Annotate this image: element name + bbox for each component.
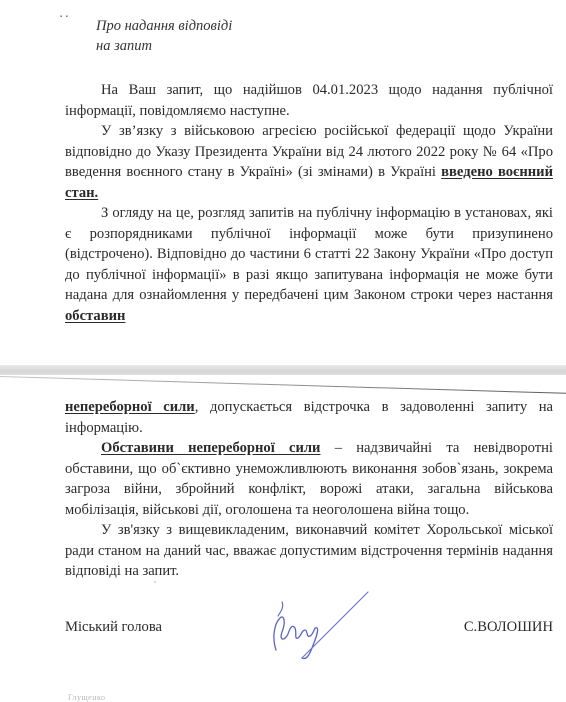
- signer-position: Міський голова: [65, 619, 162, 636]
- document-page-2: непереборної сили, допускається відстроч…: [0, 375, 566, 702]
- paragraph-postponement: З огляду на це, розгляд запитів на публі…: [65, 203, 553, 326]
- document-page-1: ▪ ▪ Про надання відповіді на запит На Ва…: [0, 0, 566, 365]
- scan-artifact: ▪ ▪: [60, 14, 70, 17]
- subject-line-1: Про надання відповіді: [96, 16, 232, 36]
- handwritten-signature-icon: [262, 588, 372, 663]
- highlight-force-majeure: непереборної сили: [65, 399, 195, 415]
- signer-name: С.ВОЛОШИН: [464, 619, 553, 636]
- scan-speck: [154, 581, 156, 583]
- page2-body: непереборної сили, допускається відстроч…: [65, 397, 553, 582]
- highlight-force-majeure-term: Обставини непереборної сили: [101, 440, 320, 456]
- paragraph-force-majeure-definition: Обставини непереборної сили – надзвичайн…: [65, 438, 553, 520]
- highlight-circumstances: обставин: [65, 308, 125, 324]
- page1-body: На Ваш запит, що надійшов 04.01.2023 щод…: [65, 80, 553, 326]
- letter-subject: Про надання відповіді на запит: [96, 16, 232, 56]
- paragraph-text: З огляду на це, розгляд запитів на публі…: [65, 205, 553, 303]
- paragraph-martial-law: У зв’язку з військовою агресією російськ…: [65, 121, 553, 203]
- paragraph-continuation: непереборної сили, допускається відстроч…: [65, 397, 553, 438]
- footer-fragment: Глущенко: [68, 693, 106, 702]
- paragraph-conclusion: У зв'язку з вищевикладеним, виконавчий к…: [65, 520, 553, 582]
- subject-line-2: на запит: [96, 36, 232, 56]
- paragraph-request-received: На Ваш запит, що надійшов 04.01.2023 щод…: [65, 80, 553, 121]
